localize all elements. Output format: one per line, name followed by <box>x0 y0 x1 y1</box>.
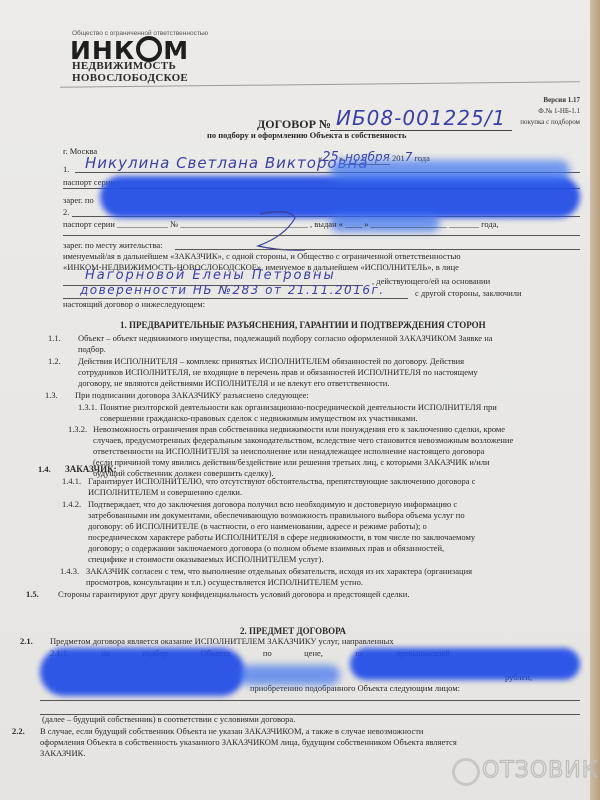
section-2-heading: 2. ПРЕДМЕТ ДОГОВОРА <box>240 626 346 636</box>
clause-1-4-2: Подтверждает, что до заключения договора… <box>88 499 580 565</box>
clause-number: 2.2. <box>12 726 25 736</box>
redaction-blot <box>330 160 570 182</box>
other-side-text: с другой стороны, заключили <box>415 288 522 298</box>
clause-1-4-3: ЗАКАЗЧИК согласен с тем, что выполнение … <box>86 566 580 588</box>
clause-1-4-1: Гарантирует ИСПОЛНИТЕЛЮ, что отсутствуют… <box>88 476 580 498</box>
party1-reg-label: зарег. по <box>63 195 94 205</box>
clause-number: 1.1. <box>48 333 61 343</box>
party1-number: 1. <box>63 164 69 174</box>
redaction-blot <box>40 648 245 696</box>
clause-number: 1.4. <box>38 464 51 474</box>
section-1-heading: 1. ПРЕДВАРИТЕЛЬНЫЕ РАЗЪЯСНЕНИЯ, ГАРАНТИИ… <box>120 320 486 330</box>
clause-2-1: Предметом договора является оказание ИСП… <box>50 636 570 647</box>
redaction-blot <box>100 176 580 218</box>
clause-number: 1.5. <box>26 589 39 599</box>
power-of-attorney: доверенности НБ №283 от 21.11.2016г. <box>80 283 385 297</box>
word: цене, <box>304 648 323 658</box>
party2-blank-line <box>63 235 580 236</box>
representative-name: Нагорновой Елены Петровны <box>85 268 336 283</box>
clause-1-4-label: ЗАКАЗЧИК: <box>65 464 117 474</box>
clause-1-3-1: Понятие риэлторской деятельности как орг… <box>100 402 580 424</box>
clause-1-1: Объект – объект недвижимого имущества, п… <box>78 333 578 355</box>
intro-end: настоящий договор о нижеследующем: <box>63 299 205 309</box>
passport-no-label: № <box>170 219 178 229</box>
word: по <box>263 648 272 658</box>
clause-1-5: Стороны гарантируют друг другу конфиденц… <box>58 589 578 600</box>
logo-line2: НОВОСЛОБОДСКОЕ <box>72 72 188 84</box>
otzovik-logo-icon <box>452 758 480 786</box>
form-number: Ф.№ 1-НБ-1.1 <box>520 106 580 117</box>
clause-number: 1.4.2. <box>62 499 81 509</box>
contract-subtitle: по подбору и оформлению Объекта в собств… <box>207 130 406 140</box>
year-label: года, <box>481 219 499 229</box>
clause-1-3: При подписании договора ЗАКАЗЧИКУ разъяс… <box>75 390 575 401</box>
intro-line-1: именуемый/ая в дальнейшем «ЗАКАЗЧИК», с … <box>63 251 580 262</box>
clause-number: 1.3. <box>45 390 58 400</box>
clause-2-2: В случае, если будущий собственник Объек… <box>40 726 580 759</box>
clause-number: 2.1. <box>20 636 33 646</box>
redaction-blot <box>350 648 580 680</box>
clause-1-2: Действия ИСПОЛНИТЕЛЯ – комплекс принятых… <box>78 356 578 389</box>
future-owner-text: (далее – будущий собственник) в соответс… <box>42 714 295 724</box>
clause-number: 1.2. <box>48 356 61 366</box>
clause-1-3-2: Невозможность ограничения прав собственн… <box>93 424 580 479</box>
passport-series-label: паспорт серии <box>63 219 115 229</box>
clause-number: 1.4.1. <box>62 476 81 486</box>
logo-o-icon <box>136 36 162 62</box>
reg-residence-line <box>175 249 580 250</box>
party2-number: 2. <box>63 207 69 217</box>
redaction-blot <box>240 665 340 685</box>
clause-number: 1.3.2. <box>68 424 87 434</box>
clause-number: 1.4.3. <box>60 566 79 576</box>
party1-name: Никулина Светлана Викторовна <box>85 154 368 172</box>
logo-brand: ИНКМ <box>70 36 189 63</box>
acting-basis-label: , действующего/ей на основании <box>372 276 490 286</box>
contract-number: ИБ08-001225/1 <box>330 106 512 131</box>
clause-number: 1.3.1. <box>78 402 97 412</box>
version-label: Версия 1.17 <box>520 95 580 106</box>
logo-line1: НЕДВИЖИМОСТЬ <box>72 60 176 72</box>
table-edge <box>590 0 600 800</box>
owner-line <box>40 700 580 701</box>
contract-type: покупка с подбором <box>520 117 580 128</box>
reg-residence-label: зарег. по месту жительства: <box>63 240 163 250</box>
otzovik-watermark: ОТЗОВИК <box>482 758 598 783</box>
version-block: Версия 1.17 Ф.№ 1-НБ-1.1 покупка с подбо… <box>520 95 580 128</box>
